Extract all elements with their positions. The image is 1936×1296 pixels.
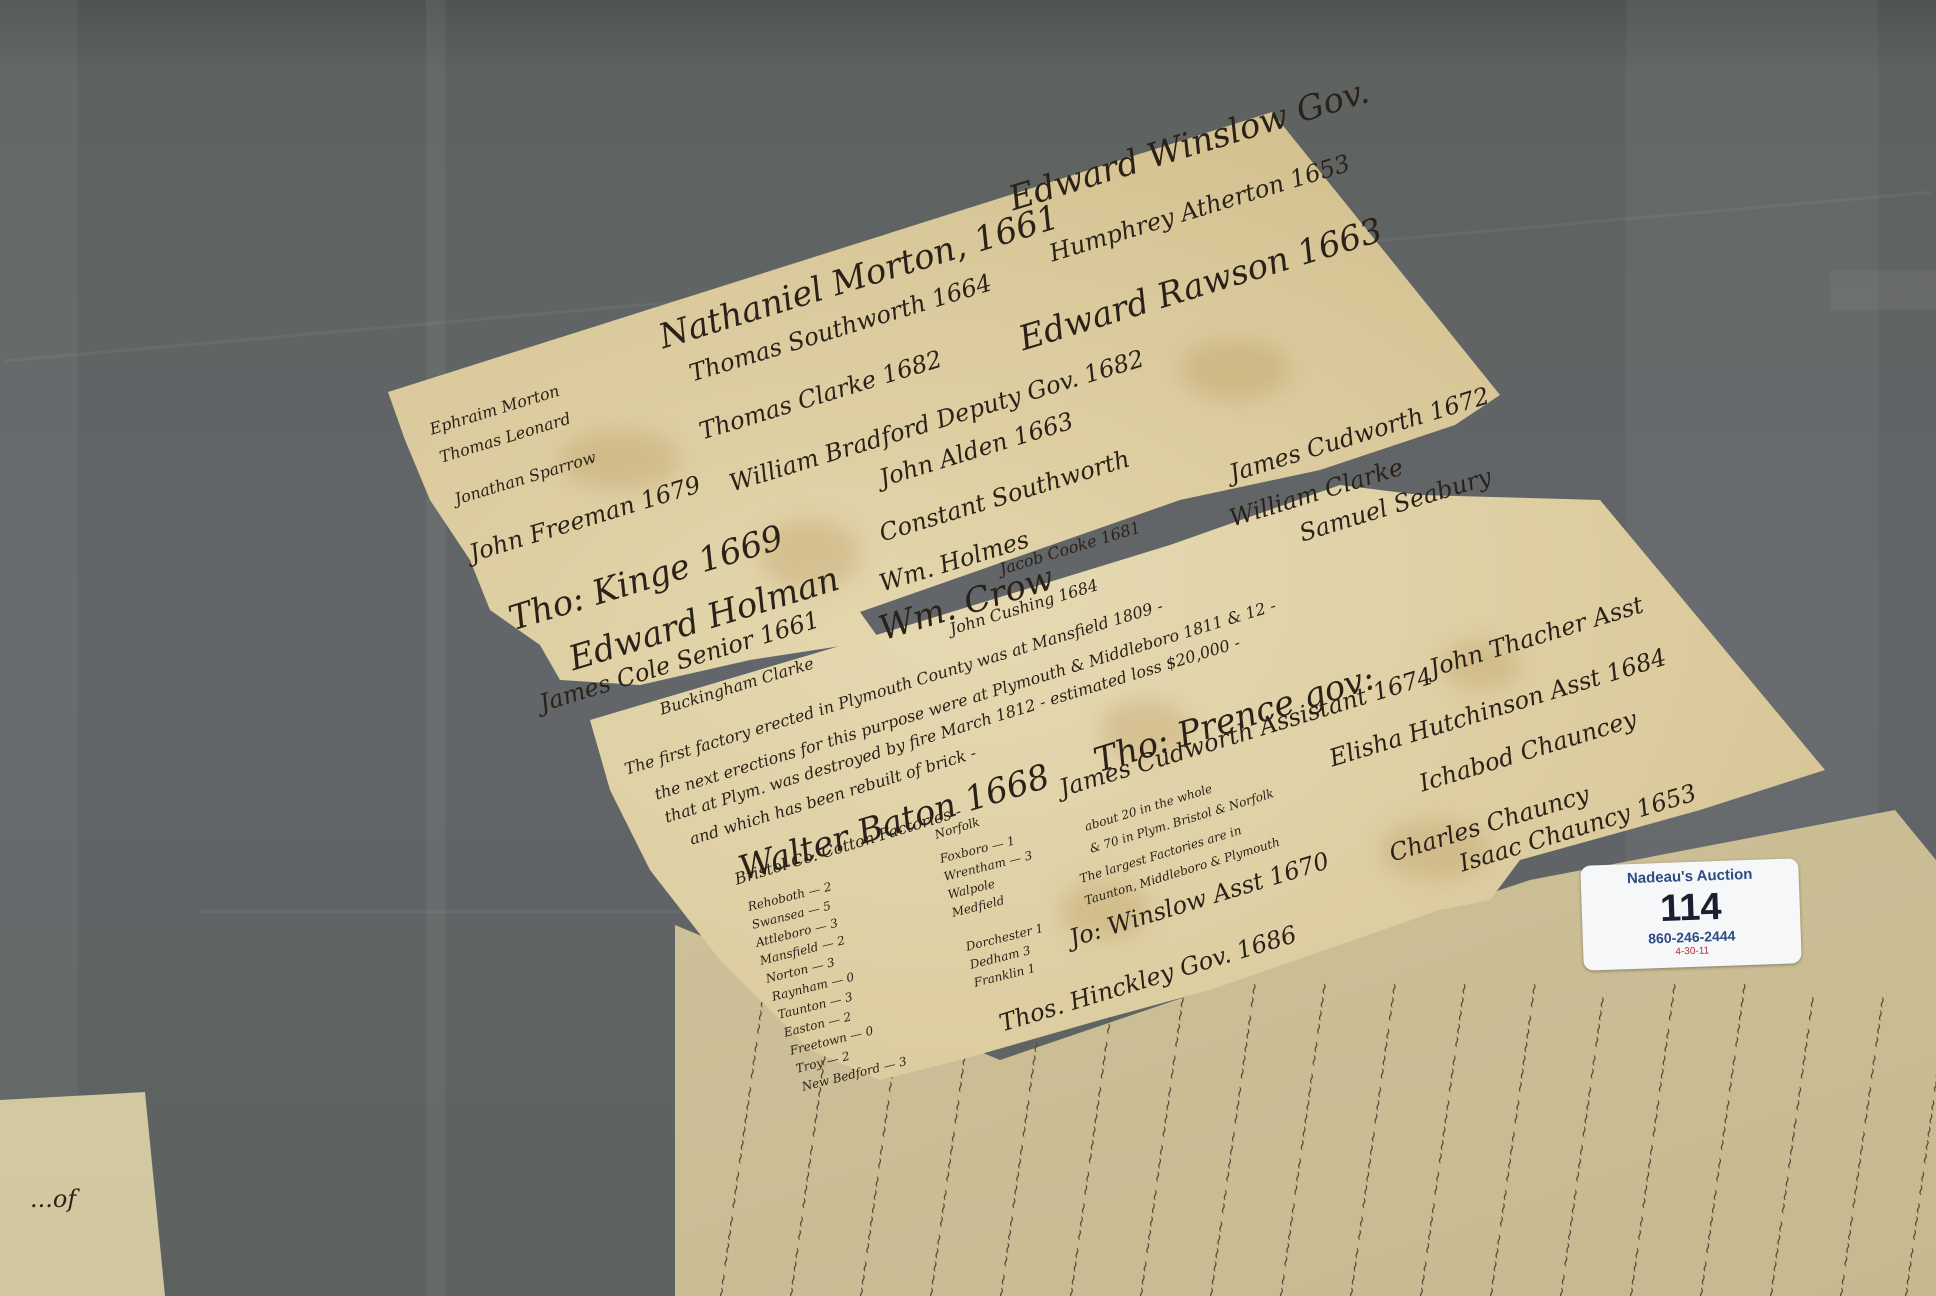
age-stain [1180,340,1290,400]
fragment-text: ...of [30,1185,76,1213]
plastic-sleeve-edge [200,910,680,913]
auction-lot-label: Nadeau's Auction 114 860-246-2444 4-30-1… [1580,858,1802,971]
display-scene: ~~ ~~~~ ~~~ ~~~~~~ ~~~ ~~~~ ~~~~ ~~ ~~~~… [0,0,1936,1296]
plastic-sleeve-edge [1830,270,1936,310]
